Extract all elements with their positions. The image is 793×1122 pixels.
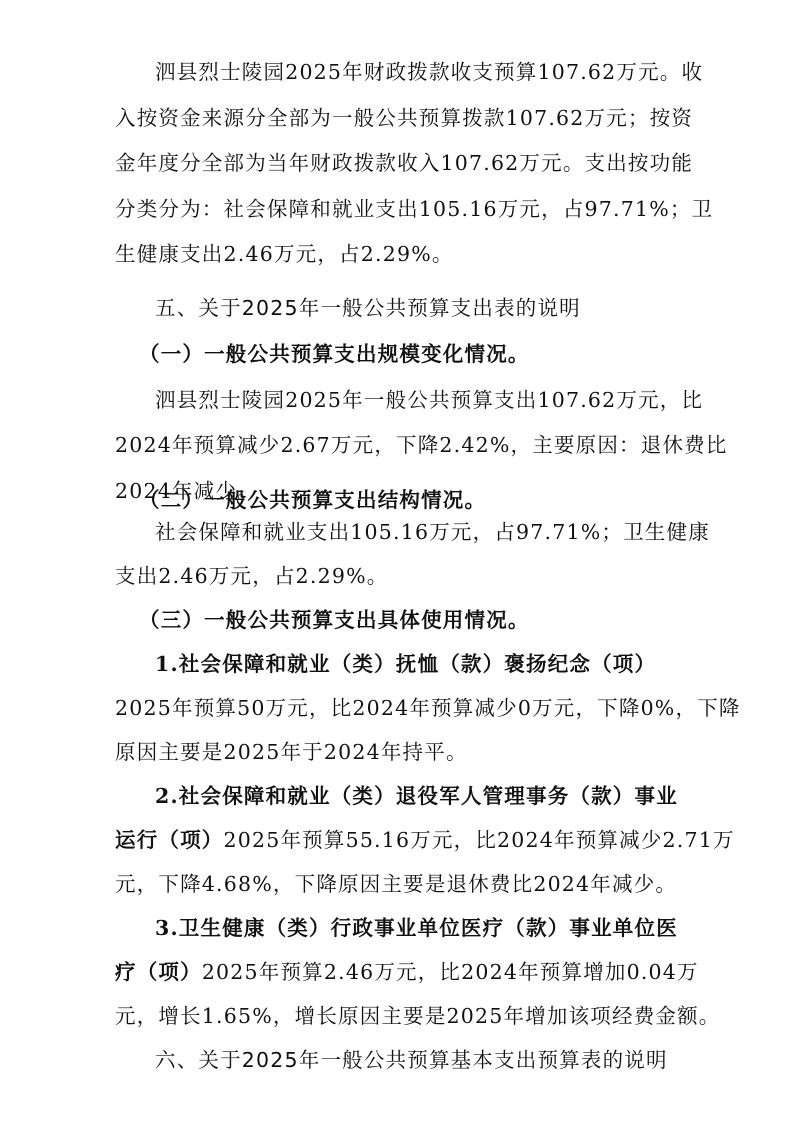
item-1-line-3: 原因主要是2025年于2024年持平。 — [115, 736, 468, 768]
item-2-line-3: 元，下降4.68%，下降原因主要是退休费比2024年减少。 — [115, 868, 677, 900]
sub-2-heading: （二）一般公共预算支出结构情况。 — [115, 484, 486, 516]
item-1-heading: 1.社会保障和就业（类）抚恤（款）褒扬纪念（项） — [115, 648, 656, 680]
sub-3-heading: （三）一般公共预算支出具体使用情况。 — [115, 604, 530, 636]
sub-1-line-1: 泗县烈士陵园2025年一般公共预算支出107.62万元，比 — [115, 384, 703, 416]
item-2-heading: 2.社会保障和就业（类）退役军人管理事务（款）事业 — [115, 780, 678, 812]
intro-line-1: 泗县烈士陵园2025年财政拨款收支预算107.62万元。收 — [115, 56, 703, 88]
item-3-heading-cont: 疗（项） — [115, 960, 202, 984]
item-3-line-2: 疗（项）2025年预算2.46万元，比2024年预算增加0.04万 — [115, 956, 699, 988]
item-3-line-3: 元，增长1.65%，增长原因主要是2025年增加该项经费金额。 — [115, 1000, 721, 1032]
section-5-heading: 五、关于2025年一般公共预算支出表的说明 — [115, 292, 581, 324]
item-1-line-2: 2025年预算50万元，比2024年预算减少0万元，下降0%，下降 — [115, 692, 741, 724]
item-2-line-2-text: 2025年预算55.16万元，比2024年预算减少2.71万 — [224, 828, 735, 852]
sub-2-line-2: 支出2.46万元，占2.29%。 — [115, 560, 388, 592]
sub-1-line-2: 2024年预算减少2.67万元，下降2.42%，主要原因：退休费比 — [115, 429, 728, 461]
intro-line-3: 金年度分全部为当年财政拨款收入107.62万元。支出按功能 — [115, 147, 693, 179]
intro-line-2: 入按资金来源分全部为一般公共预算拨款107.62万元；按资 — [115, 102, 693, 134]
sub-1-heading: （一）一般公共预算支出规模变化情况。 — [115, 338, 530, 370]
intro-line-5: 生健康支出2.46万元，占2.29%。 — [115, 238, 454, 270]
section-6-heading: 六、关于2025年一般公共预算基本支出预算表的说明 — [115, 1044, 668, 1076]
sub-2-line-1: 社会保障和就业支出105.16万元，占97.71%；卫生健康 — [115, 516, 710, 548]
item-3-line-2-text: 2025年预算2.46万元，比2024年预算增加0.04万 — [202, 960, 699, 984]
item-2-line-2: 运行（项）2025年预算55.16万元，比2024年预算减少2.71万 — [115, 824, 735, 856]
intro-line-4: 分类分为：社会保障和就业支出105.16万元，占97.71%；卫 — [115, 193, 713, 225]
item-3-heading: 3.卫生健康（类）行政事业单位医疗（款）事业单位医 — [115, 912, 678, 944]
item-2-heading-cont: 运行（项） — [115, 828, 224, 852]
